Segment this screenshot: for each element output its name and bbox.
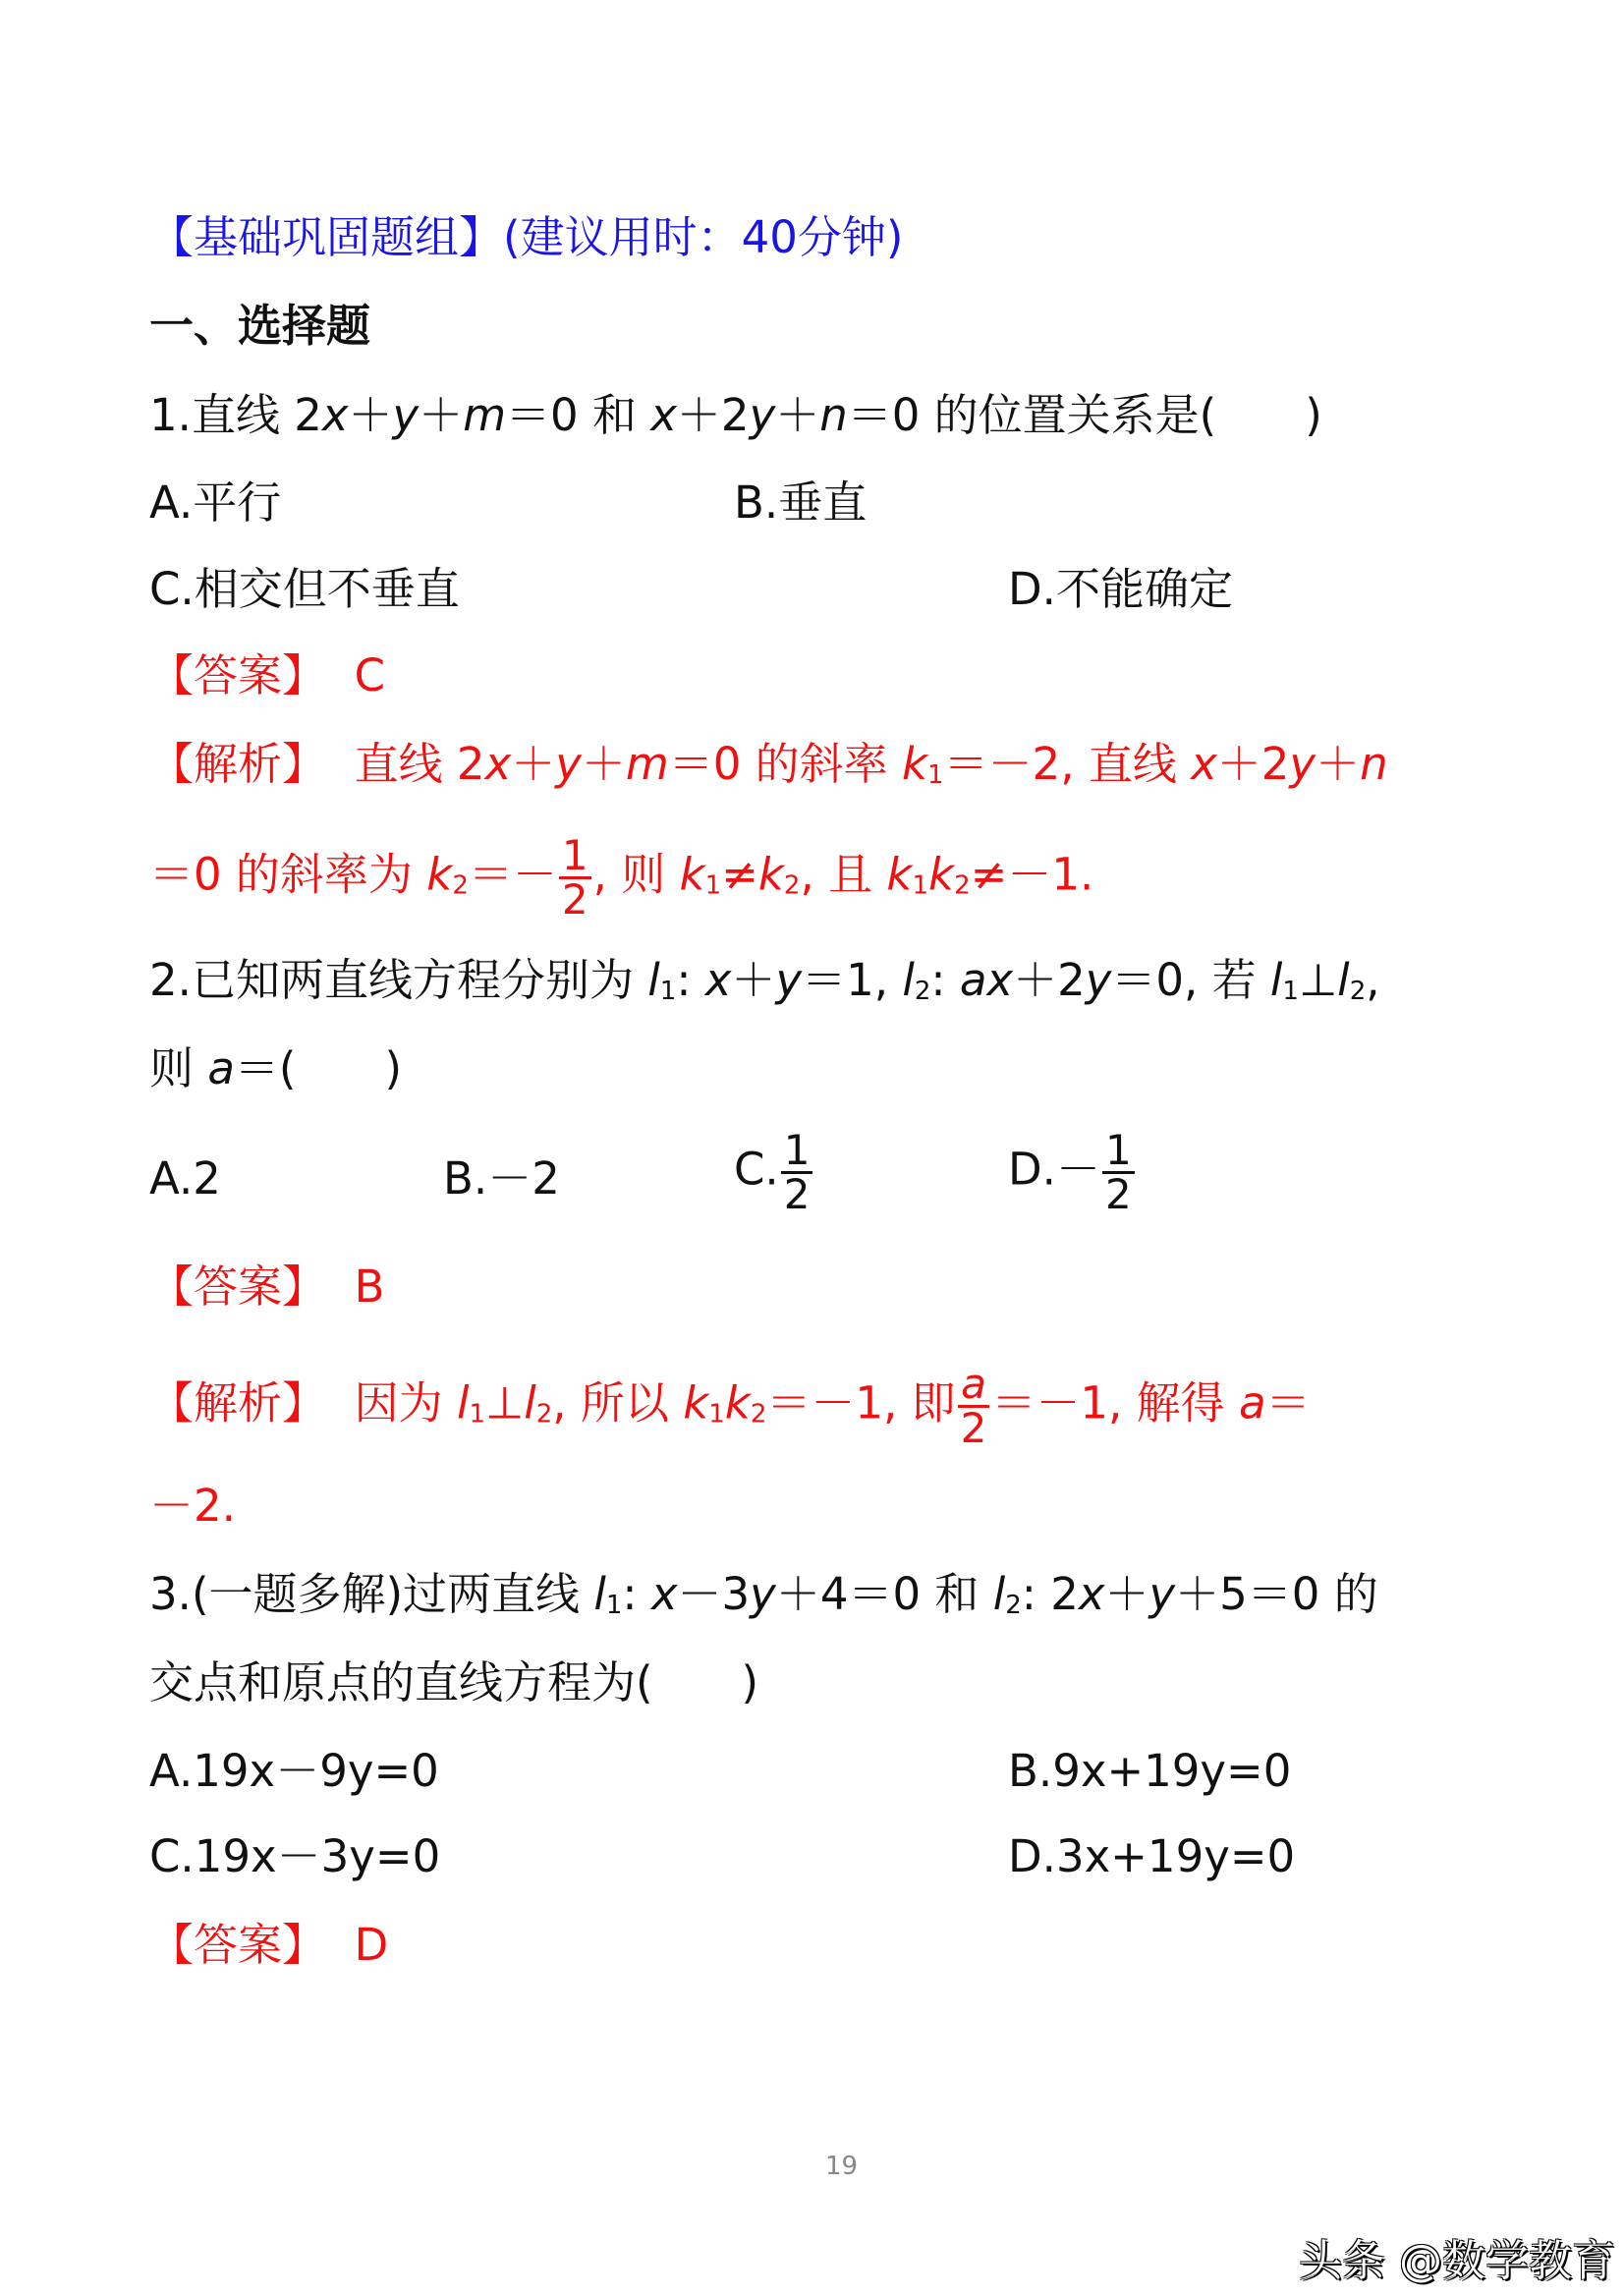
question-3-option-d[interactable]: D.3x+19y=0 — [1008, 1827, 1295, 1886]
watermark: 头条 @数学教育 — [1299, 2225, 1615, 2288]
question-2-option-a[interactable]: A.2 — [149, 1149, 221, 1208]
option-label: B. — [443, 1152, 487, 1204]
option-label: C. — [149, 563, 195, 615]
option-text: 2 — [193, 1152, 221, 1204]
option-label: C. — [149, 1830, 195, 1882]
section-title: 一、选择题 — [149, 297, 370, 356]
page-number: 19 — [825, 2152, 858, 2181]
option-label: B. — [1008, 1745, 1052, 1797]
question-number: 1. — [149, 389, 192, 441]
option-label: D. — [1008, 563, 1056, 615]
question-3-option-b[interactable]: B.9x+19y=0 — [1008, 1742, 1291, 1801]
answer-label: 【答案】 — [149, 649, 326, 701]
question-1-option-b[interactable]: B.垂直 — [734, 474, 867, 532]
question-2-analysis-line-1: 【解析】 因为 l1⊥l2, 所以 k1k2＝－1, 即a2＝－1, 解得 a＝ — [149, 1364, 1311, 1449]
option-text: 垂直 — [778, 476, 867, 529]
question-2-analysis-line-2: －2. — [149, 1477, 236, 1536]
time-hint: (建议用时：40分钟) — [503, 211, 903, 263]
analysis-label: 【解析】 — [149, 1377, 326, 1429]
answer-value: C — [355, 649, 385, 701]
option-label: A. — [149, 1745, 193, 1797]
section-header: 【基础巩固题组】(建议用时：40分钟) — [149, 208, 903, 267]
question-1-option-c[interactable]: C.相交但不垂直 — [149, 560, 460, 619]
question-2-stem-line-1: 2.已知两直线方程分别为 l1: x＋y＝1, l2: ax＋2y＝0, 若 l… — [149, 951, 1380, 1021]
fraction: 12 — [1102, 1130, 1135, 1215]
question-1-analysis-line-1: 【解析】 直线 2x＋y＋m＝0 的斜率 k1＝－2, 直线 x＋2y＋n — [149, 735, 1388, 805]
fraction: 12 — [559, 835, 591, 921]
question-2-option-b[interactable]: B.－2 — [443, 1149, 560, 1208]
option-text: 相交但不垂直 — [195, 563, 460, 615]
question-1-option-d[interactable]: D.不能确定 — [1008, 560, 1233, 619]
option-text: 平行 — [193, 476, 281, 529]
option-label: D. — [1008, 1144, 1056, 1196]
option-text: 19x－3y=0 — [195, 1830, 441, 1882]
fraction: 12 — [781, 1130, 813, 1215]
question-number: 2. — [149, 954, 192, 1006]
section-label: 【基础巩固题组】 — [149, 211, 503, 263]
question-2-stem-line-2: 则 a＝( ) — [149, 1039, 402, 1098]
question-3-stem-line-1: 3.(一题多解)过两直线 l1: x－3y＋4＝0 和 l2: 2x＋y＋5＝0… — [149, 1565, 1378, 1635]
answer-label: 【答案】 — [149, 1919, 326, 1971]
option-text: －2 — [487, 1152, 560, 1204]
question-1-option-a[interactable]: A.平行 — [149, 474, 281, 532]
question-2-option-c[interactable]: C.12 — [734, 1130, 814, 1215]
question-3-answer: 【答案】 D — [149, 1916, 388, 1975]
option-label: B. — [734, 476, 778, 529]
question-2-answer: 【答案】 B — [149, 1258, 385, 1316]
option-text: 不能确定 — [1056, 563, 1233, 615]
answer-value: B — [355, 1260, 385, 1313]
answer-label: 【答案】 — [149, 1260, 326, 1313]
question-3-stem-line-2: 交点和原点的直线方程为( ) — [149, 1653, 758, 1712]
question-3-option-a[interactable]: A.19x－9y=0 — [149, 1742, 439, 1801]
option-text: 19x－9y=0 — [193, 1745, 439, 1797]
question-1-answer: 【答案】 C — [149, 646, 385, 705]
fraction: a2 — [958, 1364, 990, 1449]
option-text: 9x+19y=0 — [1052, 1745, 1291, 1797]
question-2-option-d[interactable]: D.－12 — [1008, 1130, 1137, 1215]
option-label: D. — [1008, 1830, 1056, 1882]
question-1-analysis-line-2: ＝0 的斜率为 k2＝－12, 则 k1≠k2, 且 k1k2≠－1. — [149, 835, 1093, 921]
option-label: C. — [734, 1144, 779, 1196]
analysis-label: 【解析】 — [149, 738, 326, 790]
question-1-stem: 1.直线 2x＋y＋m＝0 和 x＋2y＋n＝0 的位置关系是( ) — [149, 386, 1322, 445]
question-3-option-c[interactable]: C.19x－3y=0 — [149, 1827, 440, 1886]
answer-value: D — [355, 1919, 389, 1971]
option-label: A. — [149, 1152, 193, 1204]
option-label: A. — [149, 476, 193, 529]
option-text: 3x+19y=0 — [1056, 1830, 1295, 1882]
question-number: 3. — [149, 1568, 192, 1620]
